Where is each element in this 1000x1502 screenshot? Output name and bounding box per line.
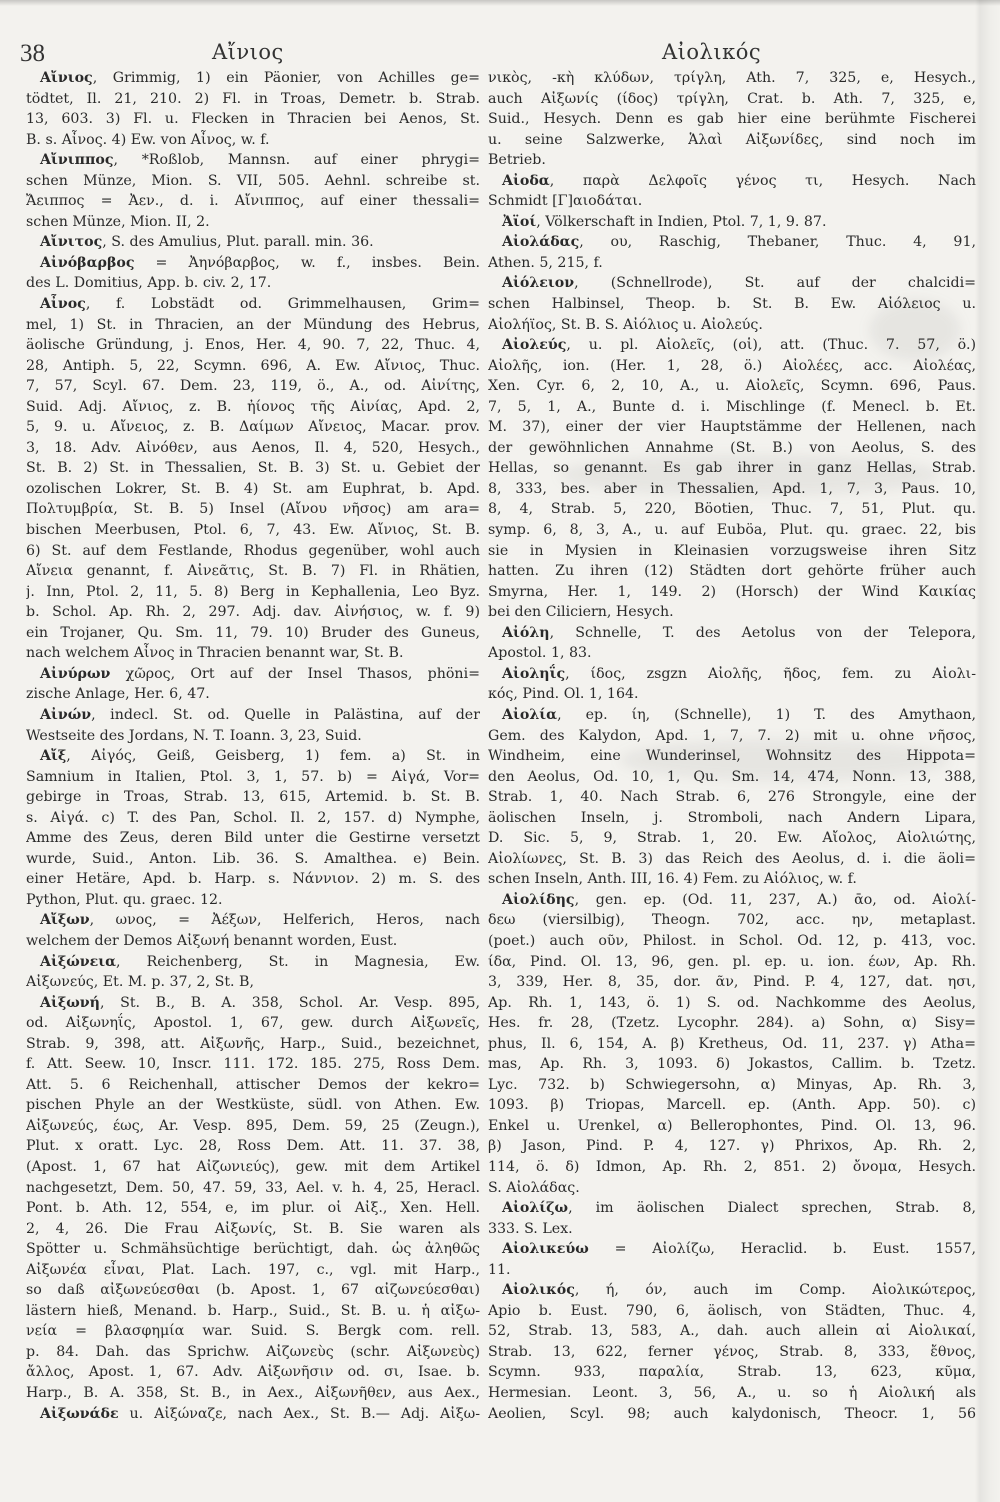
text-line: b. Schol. Ap. Rh. 2, 297. Adj. dav. Αἰνή… bbox=[26, 602, 480, 623]
entry-headword: Αἰολεύς bbox=[502, 337, 566, 353]
text-line: Ἄειππος = Ἀεν., d. i. Αἴνιππος, auf eine… bbox=[26, 191, 480, 212]
text-line: Spötter u. Schmähsüchtige berüchtigt, da… bbox=[26, 1239, 480, 1260]
text-line: Suid., Hesych. Denn es gab hier eine ber… bbox=[488, 109, 976, 130]
text-line: Apio b. Eust. 790, 6, äolisch, von Städt… bbox=[488, 1301, 976, 1322]
text-line: Αἴξων, ωνος, = Ἀέξων, Helferich, Heros, … bbox=[26, 910, 480, 931]
text-line: nachgesetzt, Dem. 50, 47. 59, 33, Ael. v… bbox=[26, 1178, 480, 1199]
text-line: Αἰολήϊος, St. B. S. Αἰόλιος u. Αἰολεύς. bbox=[488, 315, 976, 336]
text-line: Αἰξωνεύς, έως, Ar. Vesp. 895, Dem. 59, 2… bbox=[26, 1116, 480, 1137]
text-line: wurde, Suid., Anton. Lib. 36. S. Amalthe… bbox=[26, 849, 480, 870]
text-line: Αἰολικός, ή, όν, auch im Comp. Αἰολικώτε… bbox=[488, 1280, 976, 1301]
entry-headword: Αἰόλη bbox=[502, 625, 550, 641]
text-line: 7, 57, Scyl. 67. Dem. 23, 119, ö., A., o… bbox=[26, 376, 480, 397]
entry-headword: Αἰολία bbox=[502, 707, 557, 723]
text-line: Strab. 9, 398, att. Αἰξωνῆς, Harp., Suid… bbox=[26, 1034, 480, 1055]
text-line: ίδα, Pind. Ol. 13, 96, gen. pl. ep. u. i… bbox=[488, 952, 976, 973]
entry-headword: Αἰξώνεια bbox=[40, 954, 116, 970]
text-line: mel, 1) St. in Thracien, an der Mündung … bbox=[26, 315, 480, 336]
entry-headword: Αἴξ bbox=[40, 748, 66, 764]
text-line: hatten. Zu ihren (12) Städten dort gehör… bbox=[488, 561, 976, 582]
text-line: νικὸς, -κὴ κλύδων, τρίγλη, Ath. 7, 325, … bbox=[488, 68, 976, 89]
text-line: tödtet, Il. 21, 210. 2) Fl. in Troas, De… bbox=[26, 89, 480, 110]
text-line: B. s. Αἶνος. 4) Ew. von Αἶνος, w. f. bbox=[26, 130, 480, 151]
text-line: Amme des Zeus, deren Bild unter die Gest… bbox=[26, 828, 480, 849]
text-line: Αἰνύρων χῶρος, Ort auf der Insel Thasos,… bbox=[26, 664, 480, 685]
text-line: Python, Plut. qu. graec. 12. bbox=[26, 890, 480, 911]
text-line: lästern hieß, Menand. b. Harp., Suid., S… bbox=[26, 1301, 480, 1322]
text-line: 3, 18. Adv. Αἰνόθεν, aus Aenos, Il. 4, 5… bbox=[26, 438, 480, 459]
text-line: Athen. 5, 215, f. bbox=[488, 253, 976, 274]
text-line: Αἴνιτος, S. des Amulius, Plut. parall. m… bbox=[26, 232, 480, 253]
text-line: s. Αἰγά. c) T. des Pan, Schol. Il. 2, 15… bbox=[26, 808, 480, 829]
text-line: symp. 6, 8, 3, A., u. auf Euböa, Plut. q… bbox=[488, 520, 976, 541]
text-line: Αἰνών, indecl. St. od. Quelle in Palästi… bbox=[26, 705, 480, 726]
text-line: (Apost. 1, 67 hat Αἰζωνιεύς), gew. mit d… bbox=[26, 1157, 480, 1178]
entry-headword: Αἴνιππος bbox=[40, 152, 113, 168]
text-line: sie in Mysien in Kleinasien vorzugsweise… bbox=[488, 541, 976, 562]
text-line: u. seine Salzwerke, Ἁλαὶ Αἰξωνίδες, sind… bbox=[488, 130, 976, 151]
entry-headword: Αἰολίζω bbox=[502, 1200, 568, 1216]
text-line: Αἰολικεύω = Αἰολίζω, Heraclid. b. Eust. … bbox=[488, 1239, 976, 1260]
text-line: Windheim, eine Wunderinsel, Wohnsitz des… bbox=[488, 746, 976, 767]
text-line: κός, Pind. Ol. 1, 164. bbox=[488, 684, 976, 705]
text-line: Att. 5. 6 Reichenhall, attischer Demos d… bbox=[26, 1075, 480, 1096]
text-line: Αἰνόβαρβος = Ἀηνόβαρβος, w. f., insbes. … bbox=[26, 253, 480, 274]
text-line: 11. bbox=[488, 1260, 976, 1281]
text-line: 13, 603. 3) Fl. u. Flecken in Thracien b… bbox=[26, 109, 480, 130]
text-line: Αἶνος, f. Lobstädt od. Grimmelhausen, Gr… bbox=[26, 294, 480, 315]
text-line: so daß αἰξωνεύεσθαι (b. Apost. 1, 67 αἰζ… bbox=[26, 1280, 480, 1301]
text-line: j. Inn, Ptol. 2, 11, 5. 8) Berg in Kepha… bbox=[26, 582, 480, 603]
running-header-right: Αἰολικός bbox=[662, 40, 761, 64]
text-line: Hermesian. Leont. 3, 56, A., u. so ἡ Αἰο… bbox=[488, 1383, 976, 1404]
text-line: nach welchem Αἶνος in Thracien benannt w… bbox=[26, 643, 480, 664]
text-line: Lyc. 732. b) Schwiegersohn, α) Minyas, A… bbox=[488, 1075, 976, 1096]
entry-headword: Ἀϊοί bbox=[502, 214, 536, 230]
text-line: Aeolien, Scyl. 98; auch kalydonisch, The… bbox=[488, 1404, 976, 1425]
text-line: 28, Antiph. 5, 22, Scymn. 696, A. Ew. Αἴ… bbox=[26, 356, 480, 377]
text-line: ἄλλος, Apost. 1, 67. Adv. Αἰξωνῆσιν od. … bbox=[26, 1362, 480, 1383]
text-line: 2, 4, 26. Die Frau Αἰξωνίς, St. B. Sie w… bbox=[26, 1219, 480, 1240]
text-line: Gem. des Kalydon, Apd. 1, 7, 7. 2) mit u… bbox=[488, 726, 976, 747]
text-line: Hellas, so genannt. Es gab ihrer in ganz… bbox=[488, 458, 976, 479]
text-line: od. Αἰξωνηΐς, Apostol. 1, 67, gew. durch… bbox=[26, 1013, 480, 1034]
text-line: Αἰολάδας, ου, Raschig, Thebaner, Thuc. 4… bbox=[488, 232, 976, 253]
entry-headword: Αἴνιος bbox=[40, 70, 93, 86]
text-line: schen Münze, Mion. S. VII, 505. Aehnl. s… bbox=[26, 171, 480, 192]
text-line: schen Halbinsel, Theop. b. St. B. Ew. Αἰ… bbox=[488, 294, 976, 315]
text-line: Hes. fr. 28, (Tzetz. Lycophr. 284). a) S… bbox=[488, 1013, 976, 1034]
text-line: Αἰολῆς, ion. (Her. 1, 28, ö.) Αἰολέες, a… bbox=[488, 356, 976, 377]
text-line: St. B. 2) St. in Thessalien, St. B. 3) S… bbox=[26, 458, 480, 479]
text-line: S. Αἰολάδας. bbox=[488, 1178, 976, 1199]
text-line: β) Jason, Pind. P. 4, 127. γ) Phrixos, A… bbox=[488, 1136, 976, 1157]
text-line: gebirge in Troas, Strab. 13, 615, Artemi… bbox=[26, 787, 480, 808]
page-number: 38 bbox=[20, 40, 45, 68]
text-line: bei den Ciliciern, Hesych. bbox=[488, 602, 976, 623]
text-line: Αἰολίζω, im äolischen Dialect sprechen, … bbox=[488, 1198, 976, 1219]
entry-headword: Αἰολικεύω bbox=[502, 1241, 589, 1257]
right-text-column: νικὸς, -κὴ κλύδων, τρίγλη, Ath. 7, 325, … bbox=[488, 68, 976, 1424]
text-line: Αἰολίδης, gen. ep. (Od. 11, 237, A.) ᾱο,… bbox=[488, 890, 976, 911]
entry-headword: Αἰολίδης bbox=[502, 892, 575, 908]
left-text-column: Αἴνιος, Grimmig, 1) ein Päonier, von Ach… bbox=[26, 68, 480, 1424]
text-line: D. Sic. 5, 9, Strab. 1, 20. Ew. Αἴολος, … bbox=[488, 828, 976, 849]
text-line: äolische Gründung, j. Enos, Her. 4, 90. … bbox=[26, 335, 480, 356]
text-line: Αἰξωνή, St. B., B. A. 358, Schol. Ar. Ve… bbox=[26, 993, 480, 1014]
text-line: 8, 4, Strab. 5, 220, Böotien, Thuc. 7, 5… bbox=[488, 499, 976, 520]
text-line: 333. S. Lex. bbox=[488, 1219, 976, 1240]
text-line: Αἰοδα, παρὰ Δελφοῖς γένος τι, Hesych. Na… bbox=[488, 171, 976, 192]
text-line: welchem der Demos Αἰξωνή benannt worden,… bbox=[26, 931, 480, 952]
text-line: Ἀϊοί, Völkerschaft in Indien, Ptol. 7, 1… bbox=[488, 212, 976, 233]
text-line: 5, 9. u. Αἴνειος, z. B. Δαίμων Αἴνειος, … bbox=[26, 417, 480, 438]
entry-headword: Αἰοληΐς bbox=[502, 666, 565, 682]
text-line: Αἰοληΐς, ίδος, zsgzn Αἰολῆς, ῆδος, fem. … bbox=[488, 664, 976, 685]
text-line: der gewöhnlichen Annahme (St. B.) von Ae… bbox=[488, 438, 976, 459]
text-line: Αἴνιππος, *Roßlob, Mannsn. auf einer phr… bbox=[26, 150, 480, 171]
text-line: Westseite des Jordans, N. T. Ioann. 3, 2… bbox=[26, 726, 480, 747]
text-line: zische Anlage, Her. 6, 47. bbox=[26, 684, 480, 705]
text-line: Betrieb. bbox=[488, 150, 976, 171]
text-line: 6) St. auf dem Festlande, Rhodus gegenüb… bbox=[26, 541, 480, 562]
text-line: äolischen Inseln, j. Stromboli, nach And… bbox=[488, 808, 976, 829]
entry-headword: Αἰόλειον bbox=[502, 275, 574, 291]
text-line: 3, 339, Her. 8, 35, dor. ᾶν, Pind. P. 4,… bbox=[488, 972, 976, 993]
text-line: Plut. x oratt. Lyc. 28, Ross Dem. Att. 1… bbox=[26, 1136, 480, 1157]
text-line: Αἴξ, Αἰγός, Geiß, Geisberg, 1) fem. a) S… bbox=[26, 746, 480, 767]
entry-headword: Αἰνών bbox=[40, 707, 91, 723]
text-line: Αἰόλη, Schnelle, T. des Aetolus von der … bbox=[488, 623, 976, 644]
text-line: Αἰξωνάδε u. Αἰξώναζε, nach Aex., St. B.—… bbox=[26, 1404, 480, 1425]
text-line: Ap. Rh. 1, 143, ö. 1) S. od. Nachkomme d… bbox=[488, 993, 976, 1014]
entry-headword: Αἰξωνάδε bbox=[40, 1406, 119, 1422]
entry-headword: Αἰνύρων bbox=[40, 666, 110, 682]
text-line: Αἰολεύς, u. pl. Αἰολεῖς, (οἱ), att. (Thu… bbox=[488, 335, 976, 356]
text-line: Scymn. 933, παραλία, Strab. 13, 623, κῦμ… bbox=[488, 1362, 976, 1383]
text-line: bischen Meerbusen, Ptol. 6, 7, 43. Ew. Α… bbox=[26, 520, 480, 541]
text-line: Pont. b. Ath. 12, 554, e, im plur. οἱ Αἰ… bbox=[26, 1198, 480, 1219]
entry-headword: Αἰοδα bbox=[502, 173, 550, 189]
text-line: νεία = βλασφημία war. Suid. S. Bergk com… bbox=[26, 1321, 480, 1342]
entry-headword: Αἰολάδας bbox=[502, 234, 579, 250]
text-line: M. 37), einer der vier Hauptstämme der H… bbox=[488, 417, 976, 438]
text-line: δεω (viersilbig), Theogn. 702, acc. ην, … bbox=[488, 910, 976, 931]
entry-headword: Αἴνιτος bbox=[40, 234, 102, 250]
text-line: Αἴνιος, Grimmig, 1) ein Päonier, von Ach… bbox=[26, 68, 480, 89]
text-line: auch Αἰξωνίς (ίδος) τρίγλη, Crat. b. Ath… bbox=[488, 89, 976, 110]
text-line: 7, 5, 1, A., Bunte d. i. Mischlinge (f. … bbox=[488, 397, 976, 418]
text-line: Smyrna, Her. 1, 149. 2) (Horsch) der Win… bbox=[488, 582, 976, 603]
text-line: ein Trojaner, Qu. Sm. 11, 79. 10) Bruder… bbox=[26, 623, 480, 644]
entry-headword: Αἰξωνή bbox=[40, 995, 100, 1011]
text-line: Apostol. 1, 83. bbox=[488, 643, 976, 664]
entry-headword: Αἰολικός bbox=[502, 1282, 575, 1298]
text-line: mas, Ap. Rh. 3, 1093. δ) Jokastos, Calli… bbox=[488, 1054, 976, 1075]
text-line: Schmidt [Γ]αιοδάται. bbox=[488, 191, 976, 212]
text-line: f. Att. Seew. 10, Inscr. 111. 172. 185. … bbox=[26, 1054, 480, 1075]
entry-headword: Αἴξων bbox=[40, 912, 90, 928]
text-line: Strab. 1, 40. Nach Strab. 6, 276 Strongy… bbox=[488, 787, 976, 808]
text-line: 8, 333, bes. aber in Thessalien, Apd. 1,… bbox=[488, 479, 976, 500]
text-line: schen Inseln, Anth. III, 16. 4) Fem. zu … bbox=[488, 869, 976, 890]
text-line: des L. Domitius, App. b. civ. 2, 17. bbox=[26, 273, 480, 294]
text-line: einer Hetäre, Apd. b. Harp. s. Νάννιον. … bbox=[26, 869, 480, 890]
text-line: Αἴνεια genannt, f. Αἰνεᾶτις, St. B. 7) F… bbox=[26, 561, 480, 582]
entry-headword: Αἰνόβαρβος bbox=[40, 255, 134, 271]
text-line: pischen Phyle an der Westküste, südl. vo… bbox=[26, 1095, 480, 1116]
text-line: Αἰολία, ep. ίη, (Schnelle), 1) T. des Am… bbox=[488, 705, 976, 726]
text-line: 1093. β) Triopas, Marcell. ep. (Anth. Ap… bbox=[488, 1095, 976, 1116]
text-line: Strab. 13, 622, ferner γένος, Strab. 8, … bbox=[488, 1342, 976, 1363]
text-line: Xen. Cyr. 6, 2, 10, A., u. Αἰολεῖς, Scym… bbox=[488, 376, 976, 397]
text-line: 52, Strab. 13, 583, A., dah. auch allein… bbox=[488, 1321, 976, 1342]
text-line: Suid. Adj. Αἴνιος, z. B. ἠίονος τῆς Αἰνί… bbox=[26, 397, 480, 418]
running-header-left: Αἴνιος bbox=[212, 40, 284, 64]
text-line: den Aeolus, Od. 10, 1, Qu. Sm. 14, 474, … bbox=[488, 767, 976, 788]
text-line: schen Münze, Mion. II, 2. bbox=[26, 212, 480, 233]
text-line: Αἰξώνεια, Reichenberg, St. in Magnesia, … bbox=[26, 952, 480, 973]
text-line: Αἰξωνέα εἶναι, Plat. Lach. 197, c., vgl.… bbox=[26, 1260, 480, 1281]
text-line: Harp., B. A. 358, St. B., in Aex., Αἰξων… bbox=[26, 1383, 480, 1404]
entry-headword: Αἶνος bbox=[40, 296, 86, 312]
text-line: Samnium in Italien, Ptol. 3, 1, 57. b) =… bbox=[26, 767, 480, 788]
text-line: Αἰξωνεύς, Et. M. p. 37, 2, St. B, bbox=[26, 972, 480, 993]
text-line: (poet.) auch οῦν, Philost. in Schol. Od.… bbox=[488, 931, 976, 952]
text-line: Πολτυμβρία, St. B. 5) Insel (Αἴνου νῆσος… bbox=[26, 499, 480, 520]
text-line: phus, Il. 6, 154, A. β) Kretheus, Od. 11… bbox=[488, 1034, 976, 1055]
text-line: ozolischen Lokrer, St. B. 4) St. am Euph… bbox=[26, 479, 480, 500]
text-line: Αἰόλειον, (Schnellrode), St. auf der cha… bbox=[488, 273, 976, 294]
text-line: 114, ö. δ) Idmon, Ap. Rh. 2, 851. 2) ὄνο… bbox=[488, 1157, 976, 1178]
text-line: Αἰολίωνες, St. B. 3) das Reich des Aeolu… bbox=[488, 849, 976, 870]
text-line: Enkel u. Urenkel, α) Bellerophontes, Pin… bbox=[488, 1116, 976, 1137]
text-line: p. 84. Dah. das Sprichw. Αἰζωνεὺς (schr.… bbox=[26, 1342, 480, 1363]
